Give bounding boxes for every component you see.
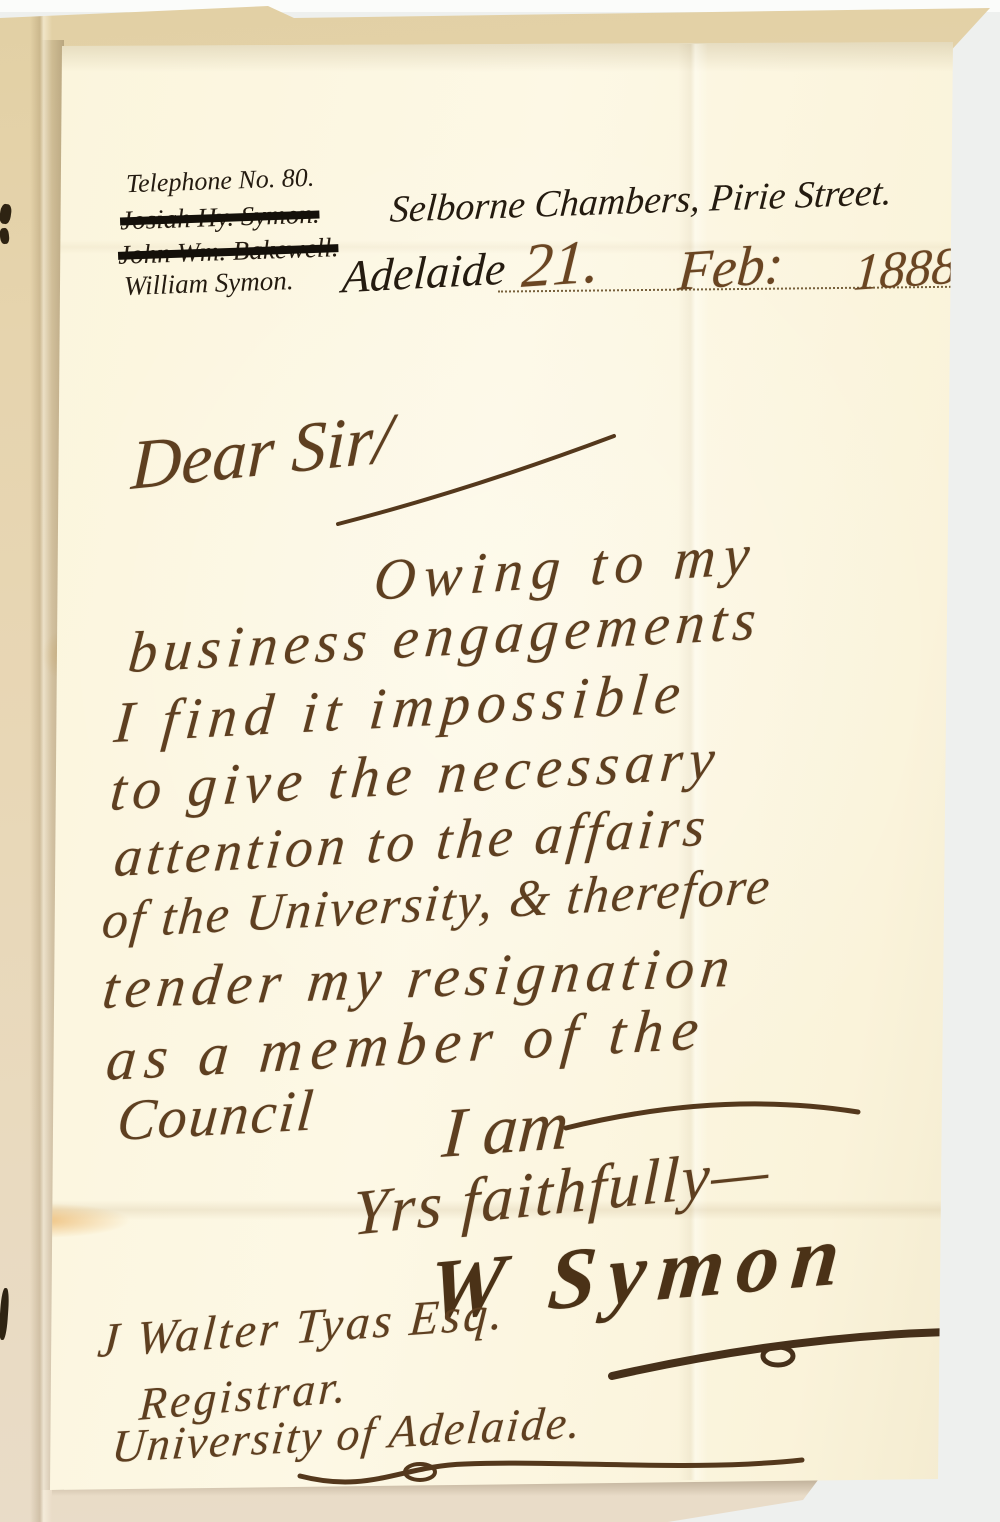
letterhead-address: Selborne Chambers, Pirie Street. (389, 173, 893, 229)
i-am-swash (566, 1104, 858, 1128)
letterhead-telephone: Telephone No. 80. (126, 165, 315, 198)
scanned-letter: Telephone No. 80. Josiah Hy. Symon. John… (0, 0, 1000, 1522)
signature-flourish (612, 1332, 950, 1376)
letter-page: Telephone No. 80. Josiah Hy. Symon. John… (0, 0, 1000, 1522)
university-underline-flourish (300, 1460, 802, 1482)
date-year: 1888 (852, 240, 959, 300)
body-line-9: Council (115, 1081, 318, 1150)
letterhead-name-struck-2: John Wm. Bakewell. (118, 234, 339, 269)
date-day: 21. (520, 230, 602, 298)
university-flourish-loop (405, 1464, 435, 1480)
recipient-name: J Walter Tyas Esq. (96, 1289, 507, 1366)
letterhead-name-struck-1: Josiah Hy. Symon. (120, 201, 320, 235)
letterhead-name-3: William Symon. (124, 267, 294, 300)
date-month: Feb: (676, 236, 785, 300)
signature-flourish-loop (763, 1347, 793, 1365)
page-edge-shading (60, 42, 955, 72)
letterhead-city: Adelaide (341, 246, 507, 301)
salutation: Dear Sir/ (130, 404, 394, 502)
